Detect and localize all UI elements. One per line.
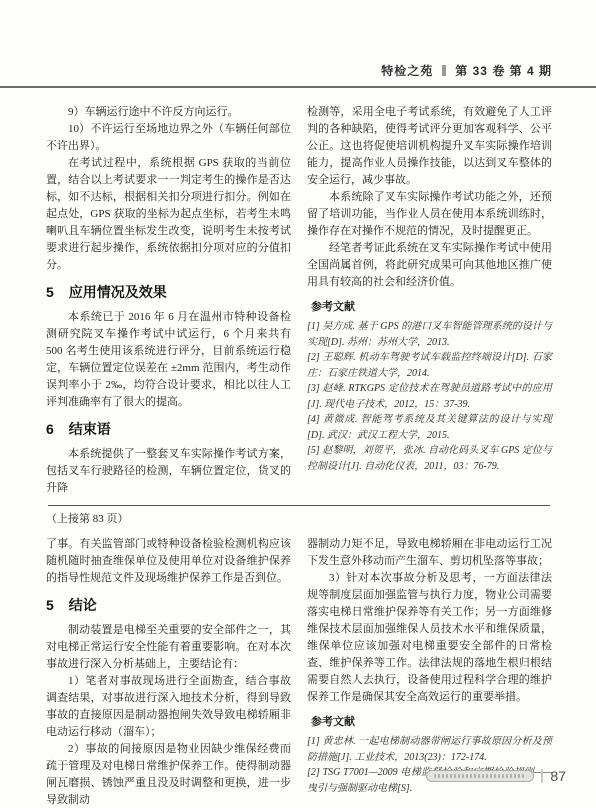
footer-stamp-badge: [426, 770, 534, 782]
paragraph-lead: 了事。有关监管部门或特种设备检验检测机构应该随机随时抽查维保单位及使用单位对设备…: [46, 536, 291, 587]
reference-item: [5] 赵黎明，刘贺平，张冰. 自动化码头叉车 GPS 定位与控制设计[J]. …: [307, 443, 552, 474]
page-footer: 87: [426, 768, 566, 784]
paragraph-first-case: 经笔者考证此系统在叉车实际操作考试中使用全国尚属首例，将此研究成果可向其他地区推…: [307, 240, 552, 291]
section-number: 5: [46, 283, 54, 301]
reference-item: [4] 黄微成. 智能驾考系统及其关键算法的设计与实现[D]. 武汉：武汉工程大…: [307, 412, 552, 443]
continued-from-note: （上接第 83 页）: [46, 511, 552, 528]
reference-item: [1] 吴方成. 基于 GPS 的港口叉车智能管理系统的设计与实现[D]. 苏州…: [307, 319, 552, 350]
reference-item: [3] 赵峰. RTKGPS 定位技术在驾驶员道路考试中的应用[J]. 现代电子…: [307, 381, 552, 412]
paragraph-application: 本系统已于 2016 年 6 月在温州市特种设备检测研究院叉车操作考试中试运行，…: [46, 309, 291, 411]
section-number: 5: [46, 596, 54, 614]
journal-title: 特检之苑: [381, 64, 433, 78]
section-title: 结论: [69, 596, 97, 614]
section-heading-conclusions: 5 结论: [46, 596, 291, 614]
top-left-column: 9）车辆运行途中不许反方向运行。 10）不许运行至场地边界之外（车辆任何部位不许…: [46, 104, 291, 497]
article-divider: [48, 505, 550, 506]
bottom-left-column: 了事。有关监管部门或特种设备检验检测机构应该随机随时抽查维保单位及使用单位对设备…: [46, 536, 291, 808]
paragraph-continuation: 器制动力矩不足，导致电梯轿厢在非电动运行工况下发生意外移动而产生溜车、剪切机坠落…: [307, 536, 552, 570]
section-heading-conclusion: 6 结束语: [46, 420, 291, 438]
page-number: 87: [550, 768, 566, 784]
section-heading-application: 5 应用情况及效果: [46, 283, 291, 301]
header-rule: [0, 86, 596, 88]
references-title: 参考文献: [311, 299, 552, 316]
section-title: 应用情况及效果: [69, 283, 167, 301]
references-title: 参考文献: [311, 714, 552, 731]
conclusion-point-3: 3）针对本次事故分析及思考，一方面法律法规等制度层面加强监管与执行力度，物业公司…: [307, 570, 552, 706]
reference-item: [2] 王聪辉. 机动车驾驶考试车载监控终端设计[D]. 石家庄：石家庄铁道大学…: [307, 350, 552, 381]
volume-issue: 第 33 卷 第 4 期: [455, 64, 552, 78]
reference-item: [1] 黄忠林. 一起电梯制动器带闸运行事故原因分析及预防措施[J]. 工业技术…: [307, 734, 552, 765]
journal-page: 特检之苑第 33 卷 第 4 期 9）车辆运行途中不许反方向运行。 10）不许运…: [0, 0, 596, 808]
section-number: 6: [46, 420, 54, 438]
page-content: 9）车辆运行途中不许反方向运行。 10）不许运行至场地边界之外（车辆任何部位不许…: [46, 104, 552, 808]
footer-separator-bar: [541, 769, 543, 783]
paragraph-brake: 制动装置是电梯至关重要的安全部件之一，其对电梯正常运行安全性能有着重要影响。在对…: [46, 622, 291, 673]
page-header: 特检之苑第 33 卷 第 4 期: [0, 62, 552, 79]
paragraph-summary: 本系统提供了一整套叉车实际操作考试方案，包括叉车行驶路径的检测，车辆位置定位，货…: [46, 446, 291, 497]
list-item-9: 9）车辆运行途中不许反方向运行。: [46, 104, 291, 121]
conclusion-point-1: 1）笔者对事故现场进行全面勘查，结合事故调查结果，对事故进行深入地技术分析，得到…: [46, 673, 291, 741]
paragraph-exam-process: 在考试过程中，系统根据 GPS 获取的当前位置，结合以上考试要求一一判定考生的操…: [46, 155, 291, 274]
conclusion-point-2: 2）事故的间接原因是物业因缺少维保经费而疏于管理及对电梯日常维护保养工作。使得制…: [46, 741, 291, 808]
list-item-10: 10）不许运行至场地边界之外（车辆任何部位不许出界）。: [46, 121, 291, 155]
paragraph-training: 本系统除了叉车实际操作考试功能之外，还预留了培训功能，当作业人员在使用本系统训练…: [307, 189, 552, 240]
paragraph-continuation: 检测等，采用全电子考试系统，有效避免了人工评判的各种缺陷，使得考试评分更加客观科…: [307, 104, 552, 189]
section-title: 结束语: [69, 420, 111, 438]
top-right-column: 检测等，采用全电子考试系统，有效避免了人工评判的各种缺陷，使得考试评分更加客观科…: [307, 104, 552, 497]
article-forklift-exam: 9）车辆运行途中不许反方向运行。 10）不许运行至场地边界之外（车辆任何部位不许…: [46, 104, 552, 497]
header-separator-bar: [442, 65, 446, 76]
